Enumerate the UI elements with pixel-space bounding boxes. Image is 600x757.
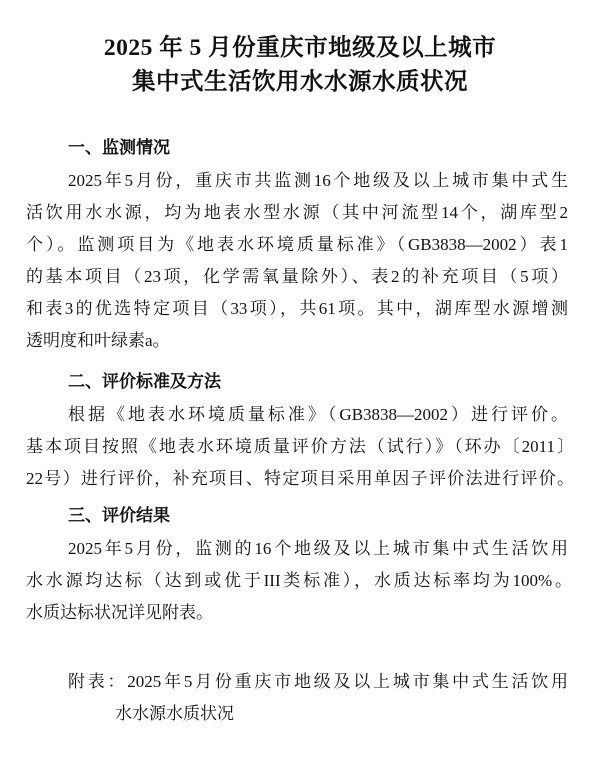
section-heading-standards: 二、评价标准及方法 bbox=[68, 370, 221, 394]
paragraph-line: 基本项目按照《地表水环境质量评价方法（试行）》（环办〔2011〕 bbox=[26, 435, 574, 459]
paragraph-line: 根据《地表水环境质量标准》（GB3838—2002）进行评价。 bbox=[68, 403, 568, 427]
attachment-note-line-2: 水水源水质状况 bbox=[115, 702, 234, 726]
paragraph-line: 水水源均达标（达到或优于III类标准），水质达标率均为100%。 bbox=[26, 569, 572, 593]
paragraph-line: 22号）进行评价，补充项目、特定项目采用单因子评价法进行评价。 bbox=[26, 467, 574, 491]
document-page: 2025 年 5 月份重庆市地级及以上城市 集中式生活饮用水水源水质状况 一、监… bbox=[0, 0, 600, 757]
paragraph-line: 透明度和叶绿素a。 bbox=[26, 329, 170, 353]
document-title-line-2: 集中式生活饮用水水源水质状况 bbox=[0, 66, 600, 98]
paragraph-line: 水质达标状况详见附表。 bbox=[26, 601, 213, 625]
paragraph-line: 2025年5月份，重庆市共监测16个地级及以上城市集中式生 bbox=[68, 169, 568, 193]
paragraph-line: 2025年5月份，监测的16个地级及以上城市集中式生活饮用 bbox=[68, 537, 568, 561]
paragraph-line: 和表3的优选特定项目（33项），共61项。其中，湖库型水源增测 bbox=[26, 297, 568, 321]
section-heading-results: 三、评价结果 bbox=[68, 504, 170, 528]
paragraph-line: 个）。监测项目为《地表水环境质量标准》（GB3838—2002）表1 bbox=[26, 233, 568, 257]
section-heading-monitoring: 一、监测情况 bbox=[68, 136, 170, 160]
paragraph-line: 活饮用水水源，均为地表水型水源（其中河流型14个，湖库型2 bbox=[26, 201, 568, 225]
attachment-note-line-1: 附表：2025年5月份重庆市地级及以上城市集中式生活饮用 bbox=[68, 670, 568, 694]
paragraph-line: 的基本项目（23项，化学需氧量除外）、表2的补充项目（5项） bbox=[26, 265, 568, 289]
document-title-line-1: 2025 年 5 月份重庆市地级及以上城市 bbox=[0, 32, 600, 64]
